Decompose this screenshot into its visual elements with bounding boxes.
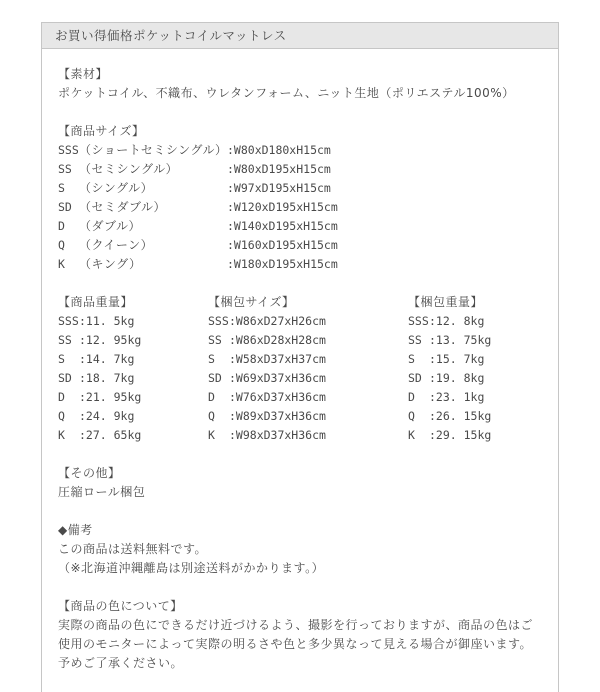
package-size-row: K :W98xD37xH36cm (208, 426, 408, 445)
other-text: 圧縮ロール梱包 (58, 483, 542, 502)
weight-abbr: K (58, 426, 79, 445)
package-weight-abbr: K (408, 426, 429, 445)
package-size-abbr: SD (208, 369, 229, 388)
size-name: （キング） (79, 255, 227, 274)
weight-row: SS :12. 95kg (58, 331, 208, 350)
package-weight-row: S :15. 7kg (408, 350, 542, 369)
package-weight-row: SSS :12. 8kg (408, 312, 542, 331)
weight-abbr: SSS (58, 312, 79, 331)
size-name: （クイーン） (79, 236, 227, 255)
panel-body: 【素材】 ポケットコイル、不織布、ウレタンフォーム、ニット生地（ポリエステル10… (42, 49, 558, 692)
weight-abbr: D (58, 388, 79, 407)
spec-columns: 【商品重量】 SSS :11. 5kg SS :12. 95kg S :14. … (58, 293, 542, 445)
package-weight-value: :19. 8kg (429, 369, 484, 388)
size-abbr: S (58, 179, 79, 198)
size-abbr: SSS (58, 141, 79, 160)
package-size-abbr: SS (208, 331, 229, 350)
size-value: :W120xD195xH15cm (227, 198, 338, 217)
package-weight-abbr: SD (408, 369, 429, 388)
package-weight-column: 【梱包重量】 SSS :12. 8kg SS :13. 75kg S :15. … (408, 293, 542, 445)
panel-header: お買い得価格ポケットコイルマットレス (42, 23, 558, 49)
weight-value: :24. 9kg (79, 407, 134, 426)
package-size-abbr: D (208, 388, 229, 407)
package-size-value: :W86xD28xH28cm (229, 331, 326, 350)
weight-row: SSS :11. 5kg (58, 312, 208, 331)
package-size-heading: 【梱包サイズ】 (208, 293, 408, 312)
package-size-value: :W69xD37xH36cm (229, 369, 326, 388)
package-weight-row: Q :26. 15kg (408, 407, 542, 426)
product-spec-panel: お買い得価格ポケットコイルマットレス 【素材】 ポケットコイル、不織布、ウレタン… (41, 22, 559, 692)
weight-abbr: SS (58, 331, 79, 350)
spacer (58, 103, 542, 122)
package-size-value: :W76xD37xH36cm (229, 388, 326, 407)
product-size-section: 【商品サイズ】 SSS （ショートセミシングル） :W80xD180xH15cm… (58, 122, 542, 274)
package-size-abbr: Q (208, 407, 229, 426)
product-weight-column: 【商品重量】 SSS :11. 5kg SS :12. 95kg S :14. … (58, 293, 208, 445)
weight-value: :18. 7kg (79, 369, 134, 388)
weight-row: SD :18. 7kg (58, 369, 208, 388)
size-row: Q （クイーン） :W160xD195xH15cm (58, 236, 542, 255)
size-abbr: SD (58, 198, 79, 217)
size-value: :W80xD180xH15cm (227, 141, 331, 160)
package-weight-value: :12. 8kg (429, 312, 484, 331)
package-weight-abbr: SSS (408, 312, 429, 331)
material-section: 【素材】 ポケットコイル、不織布、ウレタンフォーム、ニット生地（ポリエステル10… (58, 65, 542, 103)
package-weight-value: :13. 75kg (429, 331, 491, 350)
size-abbr: D (58, 217, 79, 236)
weight-value: :14. 7kg (79, 350, 134, 369)
weight-row: K :27. 65kg (58, 426, 208, 445)
product-weight-heading: 【商品重量】 (58, 293, 208, 312)
size-name: （ショートセミシングル） (79, 141, 227, 160)
package-weight-value: :29. 15kg (429, 426, 491, 445)
package-size-row: S :W58xD37xH37cm (208, 350, 408, 369)
size-row: SSS （ショートセミシングル） :W80xD180xH15cm (58, 141, 542, 160)
weight-row: S :14. 7kg (58, 350, 208, 369)
package-weight-row: D :23. 1kg (408, 388, 542, 407)
size-row: S （シングル） :W97xD195xH15cm (58, 179, 542, 198)
package-size-row: SS :W86xD28xH28cm (208, 331, 408, 350)
size-name: （セミシングル） (79, 160, 227, 179)
spacer (58, 578, 542, 597)
spacer (58, 274, 542, 293)
package-weight-abbr: D (408, 388, 429, 407)
size-value: :W180xD195xH15cm (227, 255, 338, 274)
weight-abbr: Q (58, 407, 79, 426)
size-abbr: K (58, 255, 79, 274)
weight-row: D :21. 95kg (58, 388, 208, 407)
weight-value: :12. 95kg (79, 331, 141, 350)
package-size-row: SSS :W86xD27xH26cm (208, 312, 408, 331)
color-note-text: 実際の商品の色にできるだけ近づけるよう、撮影を行っておりますが、商品の色はご使用… (58, 616, 544, 673)
notes-line-remote-islands: （※北海道沖縄離島は別途送料がかかります。） (58, 559, 542, 578)
package-size-abbr: S (208, 350, 229, 369)
size-row: SD （セミダブル） :W120xD195xH15cm (58, 198, 542, 217)
size-name: （シングル） (79, 179, 227, 198)
other-heading: 【その他】 (58, 464, 542, 483)
color-note-section: 【商品の色について】 実際の商品の色にできるだけ近づけるよう、撮影を行っておりま… (58, 597, 542, 673)
package-size-abbr: K (208, 426, 229, 445)
weight-value: :27. 65kg (79, 426, 141, 445)
page: お買い得価格ポケットコイルマットレス 【素材】 ポケットコイル、不織布、ウレタン… (0, 0, 600, 692)
size-abbr: SS (58, 160, 79, 179)
package-size-abbr: SSS (208, 312, 229, 331)
panel-title: お買い得価格ポケットコイルマットレス (55, 28, 287, 43)
weight-abbr: S (58, 350, 79, 369)
size-value: :W160xD195xH15cm (227, 236, 338, 255)
spacer (58, 445, 542, 464)
size-row: K （キング） :W180xD195xH15cm (58, 255, 542, 274)
product-size-heading: 【商品サイズ】 (58, 122, 542, 141)
package-weight-value: :15. 7kg (429, 350, 484, 369)
size-name: （セミダブル） (79, 198, 227, 217)
other-section: 【その他】 圧縮ロール梱包 (58, 464, 542, 502)
package-weight-abbr: Q (408, 407, 429, 426)
package-size-value: :W86xD27xH26cm (229, 312, 326, 331)
package-size-row: Q :W89xD37xH36cm (208, 407, 408, 426)
package-size-value: :W58xD37xH37cm (229, 350, 326, 369)
package-size-row: SD :W69xD37xH36cm (208, 369, 408, 388)
package-weight-row: SD :19. 8kg (408, 369, 542, 388)
material-heading: 【素材】 (58, 65, 542, 84)
package-size-column: 【梱包サイズ】 SSS :W86xD27xH26cm SS :W86xD28xH… (208, 293, 408, 445)
package-weight-value: :23. 1kg (429, 388, 484, 407)
notes-section: ◆備考 この商品は送料無料です。 （※北海道沖縄離島は別途送料がかかります。） (58, 521, 542, 578)
package-weight-abbr: SS (408, 331, 429, 350)
weight-abbr: SD (58, 369, 79, 388)
notes-line-free-shipping: この商品は送料無料です。 (58, 540, 542, 559)
package-weight-row: K :29. 15kg (408, 426, 542, 445)
color-note-heading: 【商品の色について】 (58, 597, 542, 616)
package-weight-abbr: S (408, 350, 429, 369)
weight-value: :21. 95kg (79, 388, 141, 407)
package-weight-row: SS :13. 75kg (408, 331, 542, 350)
size-value: :W140xD195xH15cm (227, 217, 338, 236)
package-weight-heading: 【梱包重量】 (408, 293, 542, 312)
spacer (58, 502, 542, 521)
size-abbr: Q (58, 236, 79, 255)
package-size-value: :W98xD37xH36cm (229, 426, 326, 445)
notes-heading: ◆備考 (58, 521, 542, 540)
size-row: SS （セミシングル） :W80xD195xH15cm (58, 160, 542, 179)
weight-value: :11. 5kg (79, 312, 134, 331)
size-row: D （ダブル） :W140xD195xH15cm (58, 217, 542, 236)
package-size-row: D :W76xD37xH36cm (208, 388, 408, 407)
weight-row: Q :24. 9kg (58, 407, 208, 426)
size-value: :W80xD195xH15cm (227, 160, 331, 179)
size-name: （ダブル） (79, 217, 227, 236)
package-weight-value: :26. 15kg (429, 407, 491, 426)
package-size-value: :W89xD37xH36cm (229, 407, 326, 426)
size-value: :W97xD195xH15cm (227, 179, 331, 198)
material-text: ポケットコイル、不織布、ウレタンフォーム、ニット生地（ポリエステル100%） (58, 84, 542, 103)
